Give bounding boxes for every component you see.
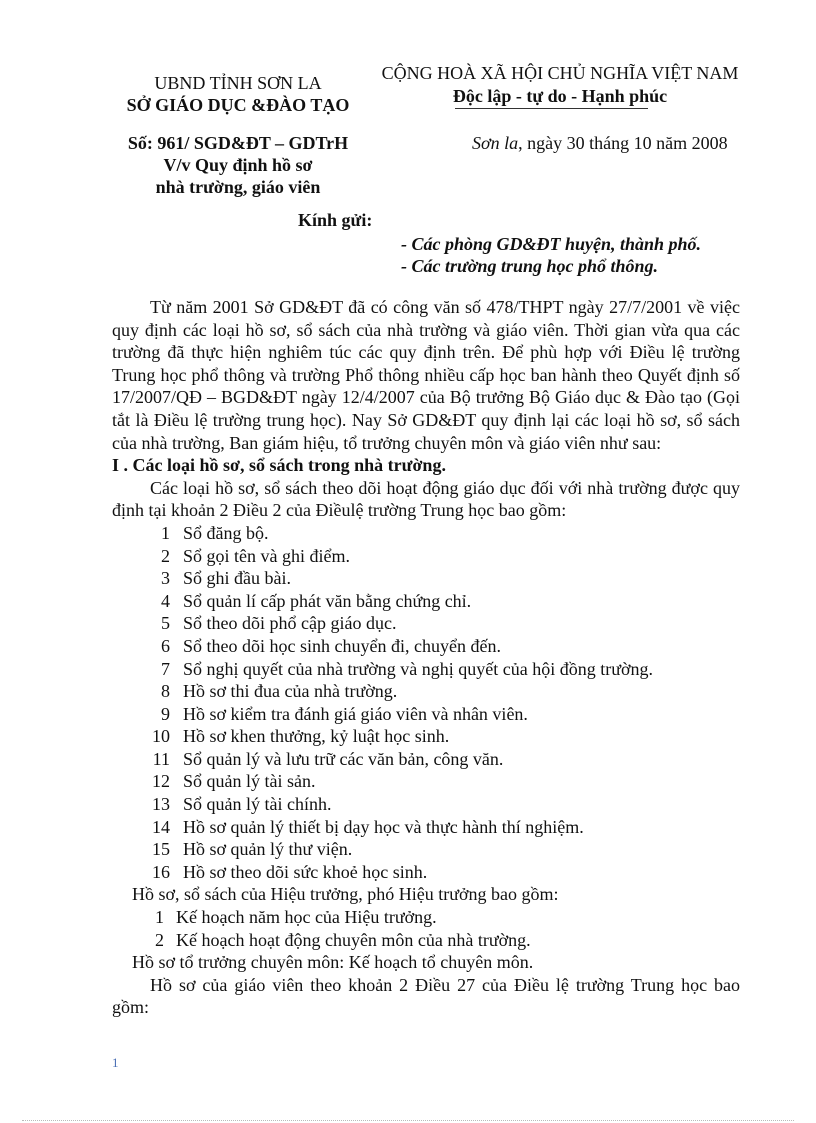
dept-head-records: Hồ sơ tổ trưởng chuyên môn: Kế hoạch tổ … <box>112 951 740 974</box>
list-item-text: Hồ sơ thi đua của nhà trường. <box>183 680 397 703</box>
list-item-number: 10 <box>132 725 170 748</box>
list-item: 3Sổ ghi đầu bài. <box>112 567 740 590</box>
recipients-label: Kính gửi: <box>298 210 372 231</box>
intro-paragraph: Từ năm 2001 Sở GD&ĐT đã có công văn số 4… <box>112 296 740 454</box>
list-item: 2Sổ gọi tên và ghi điểm. <box>112 545 740 568</box>
place: Sơn la <box>472 133 518 153</box>
list-item-text: Sổ quản lí cấp phát văn bằng chứng chỉ. <box>183 590 471 613</box>
list-item: 9Hồ sơ kiểm tra đánh giá giáo viên và nh… <box>112 703 740 726</box>
document-body: Từ năm 2001 Sở GD&ĐT đã có công văn số 4… <box>112 296 740 1019</box>
motto-underline <box>455 108 648 109</box>
list-item: 12Sổ quản lý tài sản. <box>112 770 740 793</box>
list-item-number: 3 <box>132 567 170 590</box>
list-item-number: 15 <box>132 838 170 861</box>
list-item: 11Sổ quản lý và lưu trữ các văn bản, côn… <box>112 748 740 771</box>
list-item: 13Sổ quản lý tài chính. <box>112 793 740 816</box>
list-item-text: Sổ nghị quyết của nhà trường và nghị quy… <box>183 658 653 681</box>
list-item-number: 1 <box>132 906 164 929</box>
national-title: CỘNG HOÀ XÃ HỘI CHỦ NGHĨA VIỆT NAM <box>360 63 760 84</box>
list-item: 1Sổ đăng bộ. <box>112 522 740 545</box>
list-item: 14Hồ sơ quản lý thiết bị dạy học và thực… <box>112 816 740 839</box>
page-boundary-divider <box>22 1120 794 1121</box>
list-item-number: 2 <box>132 929 164 952</box>
list-item-text: Sổ quản lý tài chính. <box>183 793 331 816</box>
list-item-number: 8 <box>132 680 170 703</box>
document-page: UBND TỈNH SƠN LA SỞ GIÁO DỤC &ĐÀO TẠO CỘ… <box>0 0 816 1123</box>
list-item: 1Kế hoạch năm học của Hiệu trưởng. <box>112 906 740 929</box>
section-intro: Các loại hồ sơ, sổ sách theo dõi hoạt độ… <box>112 477 740 522</box>
list-item-text: Sổ ghi đầu bài. <box>183 567 291 590</box>
subject-line-1: V/v Quy định hồ sơ <box>100 155 376 176</box>
list-item-number: 11 <box>132 748 170 771</box>
list-item-number: 13 <box>132 793 170 816</box>
list-item-text: Sổ quản lý và lưu trữ các văn bản, công … <box>183 748 503 771</box>
list-item-text: Kế hoạch hoạt động chuyên môn của nhà tr… <box>176 929 531 952</box>
document-number: Số: 961/ SGD&ĐT – GDTrH <box>100 133 376 154</box>
place-date: Sơn la, ngày 30 tháng 10 năm 2008 <box>472 133 728 154</box>
list-item-text: Sổ theo dõi học sinh chuyển đi, chuyển đ… <box>183 635 501 658</box>
principal-records-list: 1Kế hoạch năm học của Hiệu trưởng.2Kế ho… <box>112 906 740 951</box>
subject-line-2: nhà trường, giáo viên <box>100 177 376 198</box>
list-item-number: 2 <box>132 545 170 568</box>
list-item: 15Hồ sơ quản lý thư viện. <box>112 838 740 861</box>
list-item: 6Sổ theo dõi học sinh chuyển đi, chuyển … <box>112 635 740 658</box>
recipient-item: - Các trường trung học phổ thông. <box>401 256 658 277</box>
date: , ngày 30 tháng 10 năm 2008 <box>518 133 727 153</box>
issuing-authority: UBND TỈNH SƠN LA <box>100 73 376 94</box>
school-records-list: 1Sổ đăng bộ.2Sổ gọi tên và ghi điểm.3Sổ … <box>112 522 740 884</box>
list-item-text: Sổ gọi tên và ghi điểm. <box>183 545 350 568</box>
list-item-number: 7 <box>132 658 170 681</box>
list-item-text: Hồ sơ quản lý thiết bị dạy học và thực h… <box>183 816 584 839</box>
page-number: 1 <box>112 1055 119 1071</box>
list-item: 4Sổ quản lí cấp phát văn bằng chứng chỉ. <box>112 590 740 613</box>
teacher-records-intro: Hồ sơ của giáo viên theo khoản 2 Điều 27… <box>112 974 740 1019</box>
list-item-text: Hồ sơ khen thưởng, kỷ luật học sinh. <box>183 725 449 748</box>
issuing-department: SỞ GIÁO DỤC &ĐÀO TẠO <box>100 95 376 116</box>
list-item-number: 14 <box>132 816 170 839</box>
list-item-text: Kế hoạch năm học của Hiệu trưởng. <box>176 906 437 929</box>
list-item-text: Sổ quản lý tài sản. <box>183 770 316 793</box>
list-item-text: Hồ sơ kiểm tra đánh giá giáo viên và nhâ… <box>183 703 528 726</box>
list-item-number: 5 <box>132 612 170 635</box>
list-item-number: 6 <box>132 635 170 658</box>
list-item-text: Hồ sơ theo dõi sức khoẻ học sinh. <box>183 861 427 884</box>
list-item-text: Hồ sơ quản lý thư viện. <box>183 838 352 861</box>
section-heading: I . Các loại hồ sơ, sổ sách trong nhà tr… <box>112 454 740 477</box>
list-item: 10Hồ sơ khen thưởng, kỷ luật học sinh. <box>112 725 740 748</box>
list-item: 8Hồ sơ thi đua của nhà trường. <box>112 680 740 703</box>
list-item-number: 16 <box>132 861 170 884</box>
list-item: 7Sổ nghị quyết của nhà trường và nghị qu… <box>112 658 740 681</box>
list-item-text: Sổ đăng bộ. <box>183 522 269 545</box>
national-motto: Độc lập - tự do - Hạnh phúc <box>360 86 760 107</box>
list-item: 2Kế hoạch hoạt động chuyên môn của nhà t… <box>112 929 740 952</box>
list-item: 5Sổ theo dõi phổ cập giáo dục. <box>112 612 740 635</box>
list-item-number: 12 <box>132 770 170 793</box>
list-item-number: 1 <box>132 522 170 545</box>
principal-records-intro: Hồ sơ, sổ sách của Hiệu trưởng, phó Hiệu… <box>112 883 740 906</box>
list-item: 16Hồ sơ theo dõi sức khoẻ học sinh. <box>112 861 740 884</box>
list-item-text: Sổ theo dõi phổ cập giáo dục. <box>183 612 396 635</box>
recipient-item: - Các phòng GD&ĐT huyện, thành phố. <box>401 234 701 255</box>
list-item-number: 9 <box>132 703 170 726</box>
list-item-number: 4 <box>132 590 170 613</box>
